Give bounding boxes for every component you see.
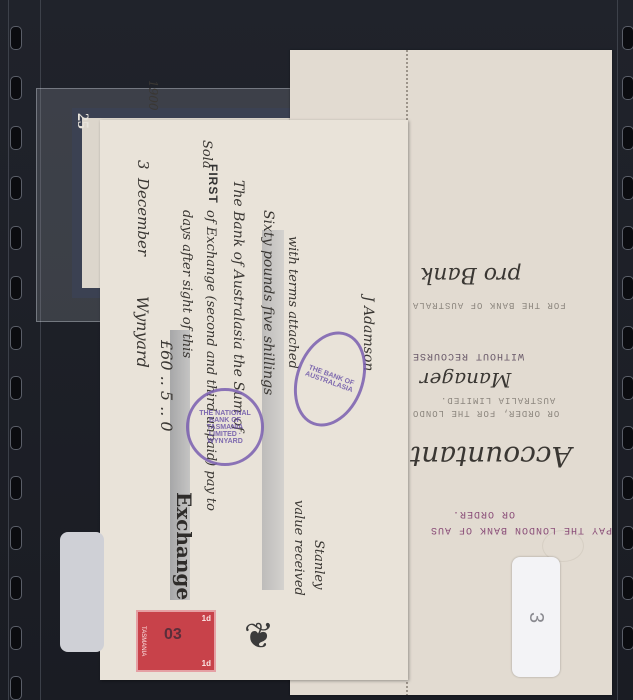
bill-text-line: Sixty pounds five shillings <box>260 210 276 395</box>
binder-hole <box>10 526 22 550</box>
binder-hole <box>10 126 22 150</box>
binder-hole <box>10 76 22 100</box>
binder-hole <box>622 576 633 600</box>
stamp-text: THE BANK OF AUSTRALASIA <box>296 356 363 402</box>
binder-hole <box>10 676 22 700</box>
bill-year: 1900 <box>146 80 160 111</box>
endorsement-line: AUSTRALIA LIMITED. <box>440 395 555 405</box>
floral-ornament-icon: ❦ <box>218 608 300 664</box>
binder-hole <box>622 126 633 150</box>
binder-hole <box>622 226 633 250</box>
bill-signature: Stanley <box>311 540 326 589</box>
first-mark: FIRST <box>206 164 220 204</box>
blank-label-tab <box>60 532 104 652</box>
endorsement-signature: Accountant <box>410 440 572 473</box>
binder-hole <box>622 426 633 450</box>
endorsement-line: FOR THE BANK OF AUSTRALA <box>412 300 566 310</box>
binder-hole <box>622 76 633 100</box>
binder-hole <box>10 276 22 300</box>
bill-date-month: December <box>134 178 152 256</box>
stamp-text: THE NATIONAL BANK OF TASMANIA LIMITED · … <box>189 404 261 451</box>
binder-hole <box>622 476 633 500</box>
binder-hole <box>622 276 633 300</box>
sleeve-rail-right <box>617 0 618 700</box>
endorsement-line: OR ORDER, FOR THE LONDO <box>412 408 559 418</box>
endorsement-line: OR ORDER. <box>452 508 515 519</box>
bill-heading: Exchange <box>172 492 196 600</box>
stamp-cancel-mark: 03 <box>164 626 182 644</box>
binder-hole <box>10 376 22 400</box>
binder-hole <box>10 476 22 500</box>
bill-copy-mark: FIRST <box>204 164 222 204</box>
binder-hole <box>10 426 22 450</box>
binder-hole <box>10 26 22 50</box>
national-bank-stamp: THE NATIONAL BANK OF TASMANIA LIMITED · … <box>186 388 264 466</box>
endorsement-line: WITHOUT RECOURSE <box>412 350 524 361</box>
certificate-corner-numeral: 25 <box>73 113 91 129</box>
endorsement-signature: Manager <box>420 368 511 392</box>
binder-hole <box>10 626 22 650</box>
binder-hole <box>10 176 22 200</box>
stamp-country: TASMANIA <box>140 626 146 656</box>
endorsement-signature: pro Bank <box>420 262 522 287</box>
bill-date-day: 3 <box>134 160 152 170</box>
binder-hole <box>10 576 22 600</box>
bill-text-line: of Exchange (second and third unpaid) pa… <box>203 210 218 511</box>
bill-text-line: with terms attached <box>285 236 300 369</box>
binder-hole <box>10 226 22 250</box>
binder-hole <box>622 376 633 400</box>
binder-hole <box>10 326 22 350</box>
tasmania-revenue-stamp: 1d 1d TASMANIA 03 <box>136 610 216 672</box>
binder-hole <box>622 626 633 650</box>
lot-number: 3 <box>525 611 548 622</box>
binder-hole <box>622 526 633 550</box>
stamp-value: 1d <box>202 659 211 668</box>
binder-hole <box>622 176 633 200</box>
sleeve-rail-left <box>8 0 9 700</box>
bill-text-line: days after sight of this <box>179 210 194 358</box>
bill-amount: £60 .. 5 .. 0 <box>157 340 176 432</box>
lot-number-label: 3 <box>512 557 560 677</box>
binder-hole <box>622 26 633 50</box>
bill-place: Wynyard <box>133 296 152 368</box>
endorsement-line: PAY THE LONDON BANK OF AUS <box>430 524 612 535</box>
binder-hole <box>622 326 633 350</box>
bill-text-line: value received <box>291 500 306 596</box>
stamp-value: 1d <box>202 614 211 623</box>
bill-sola: Sola <box>199 140 214 169</box>
